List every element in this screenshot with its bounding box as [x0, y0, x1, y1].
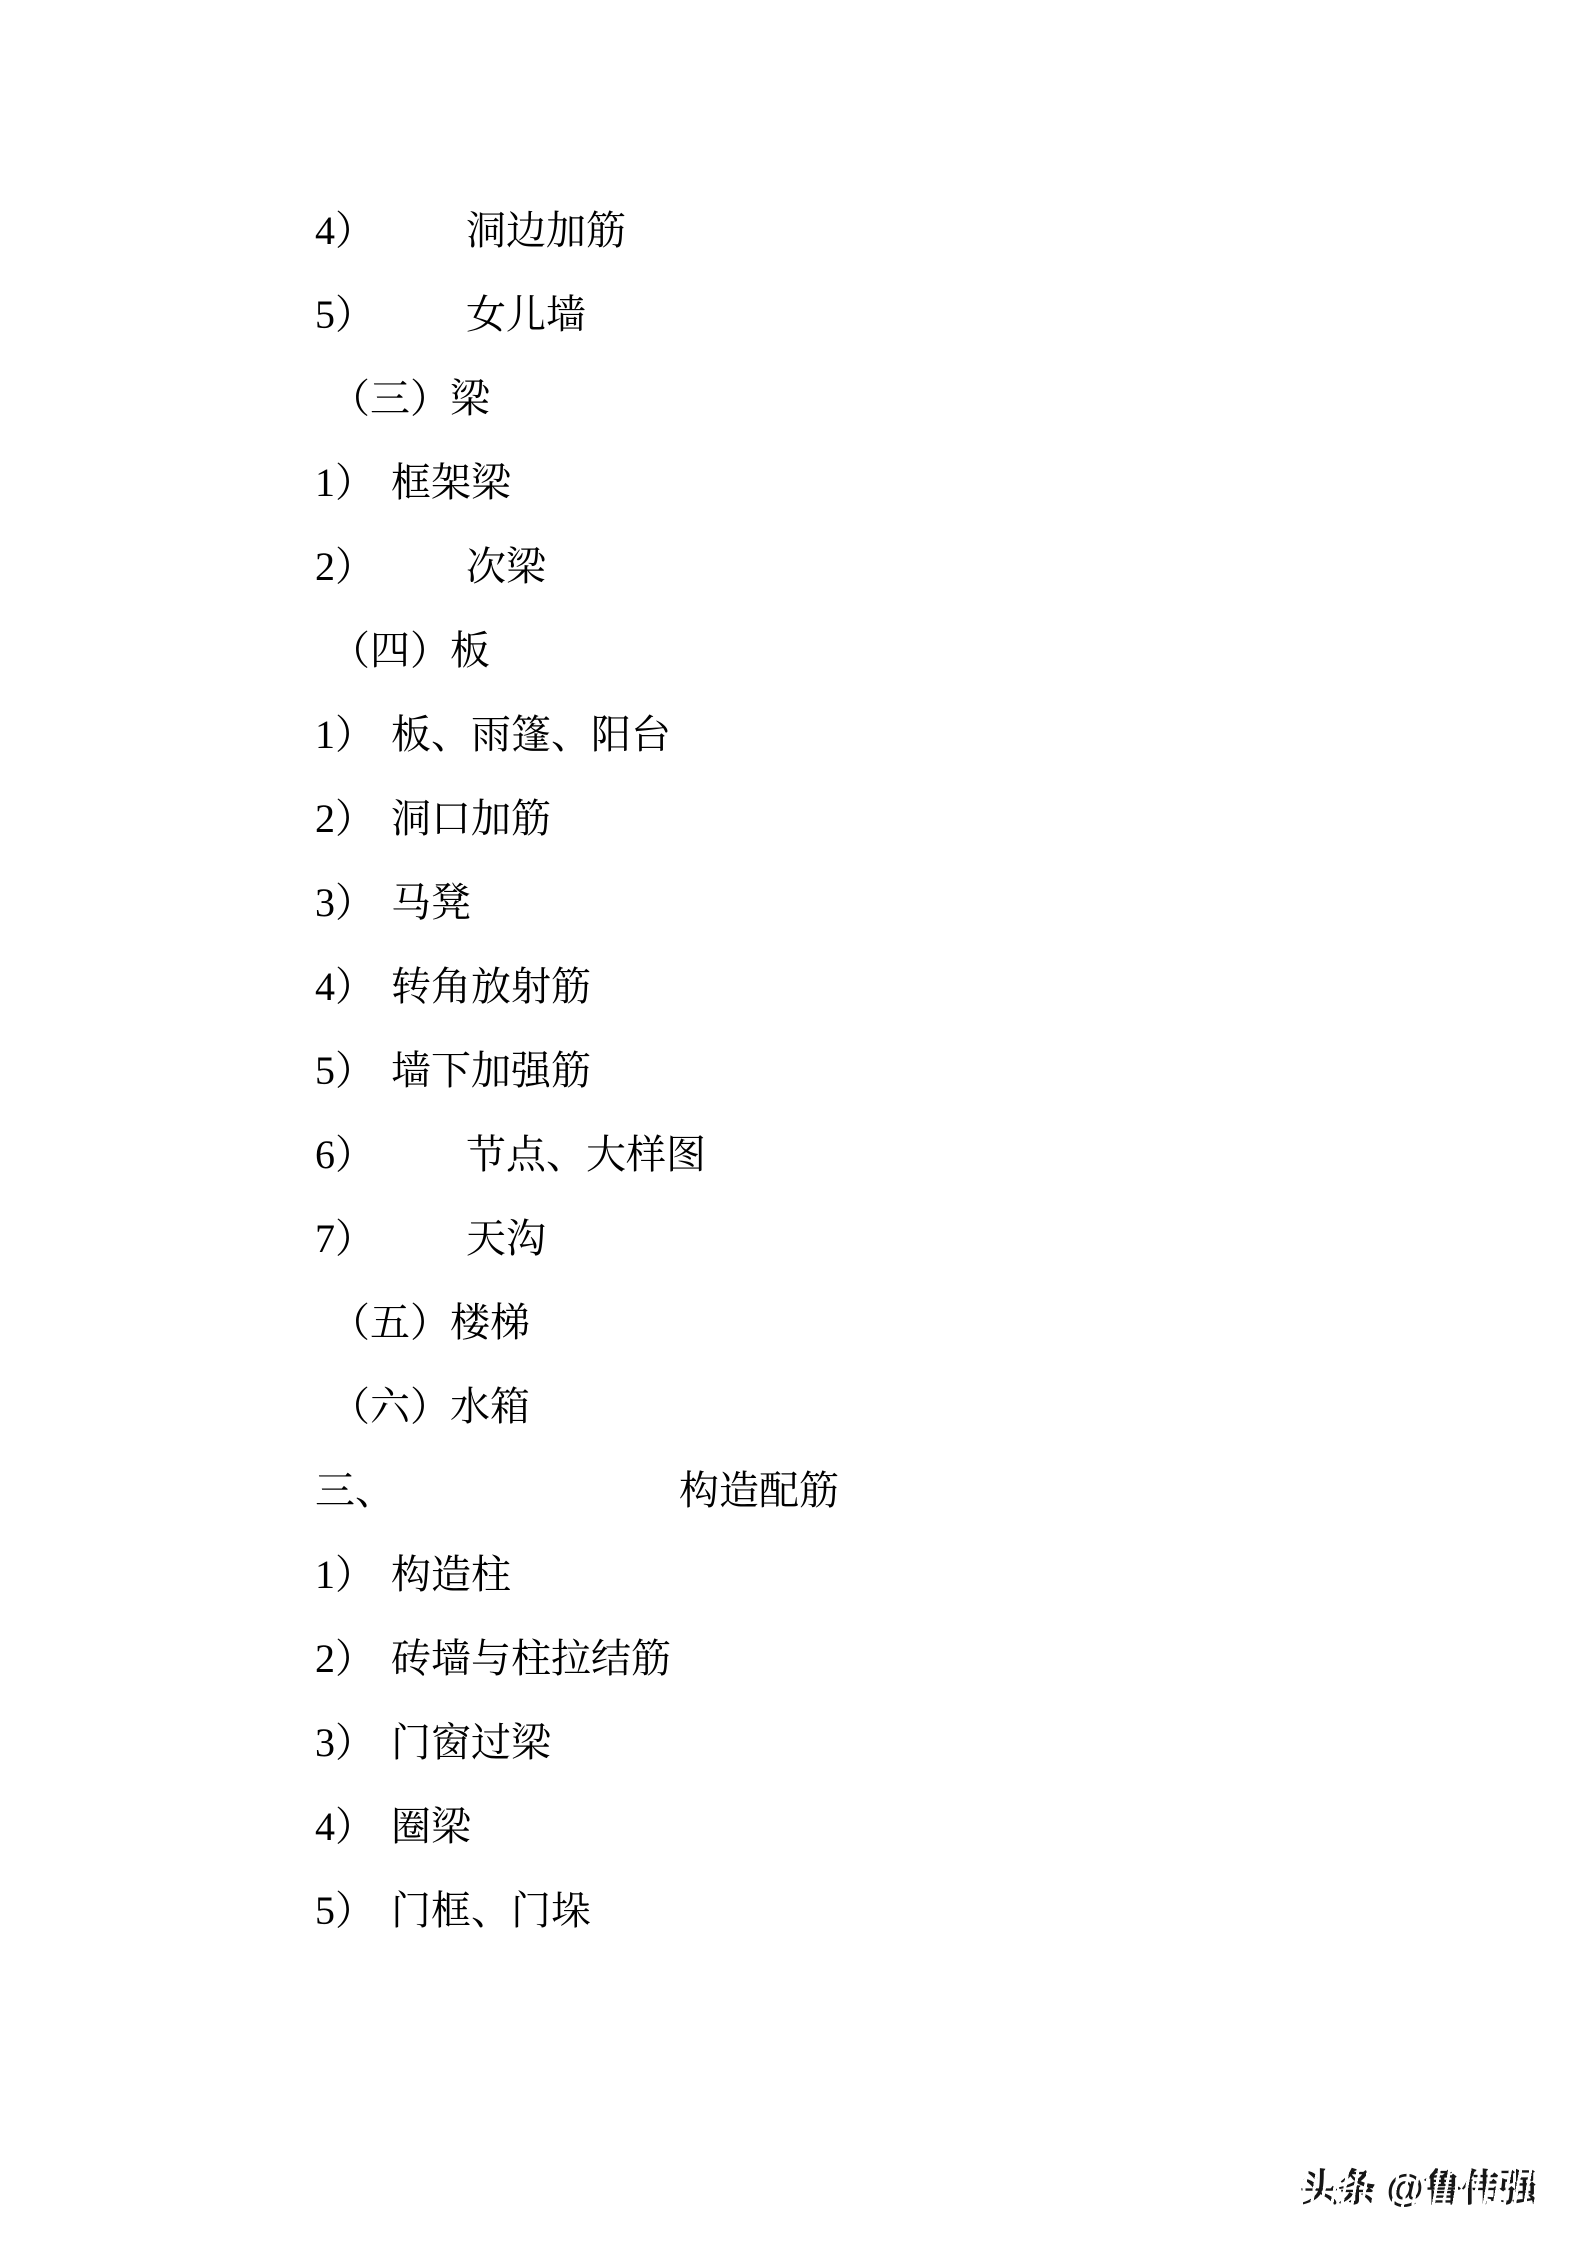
list-item: 1）构造柱 — [0, 1533, 1587, 1617]
watermark-text: 头条 @鲁伟强 — [1300, 2163, 1562, 2215]
list-item: 5）墙下加强筋 — [0, 1029, 1587, 1113]
section-heading: 三、构造配筋 — [0, 1449, 1587, 1533]
item-text: 墙下加强筋 — [391, 1048, 591, 1093]
list-item: 2）次梁 — [0, 525, 1587, 609]
item-text: 板、雨篷、阳台 — [391, 712, 671, 757]
heading-text: （六）水箱 — [330, 1384, 530, 1429]
list-item: 4）转角放射筋 — [0, 945, 1587, 1029]
item-number: 7） — [315, 1197, 466, 1281]
list-item: 7）天沟 — [0, 1197, 1587, 1281]
item-text: 门框、门垛 — [391, 1888, 591, 1933]
outline-list: 4）洞边加筋 5）女儿墙 （三）梁 1）框架梁 2）次梁 （四）板 1）板、雨篷… — [0, 189, 1587, 1953]
item-number: 5） — [315, 1029, 391, 1113]
item-text: 砖墙与柱拉结筋 — [391, 1636, 671, 1681]
document-page: 4）洞边加筋 5）女儿墙 （三）梁 1）框架梁 2）次梁 （四）板 1）板、雨篷… — [0, 0, 1587, 2245]
section-heading: （三）梁 — [0, 357, 1587, 441]
item-number: 2） — [315, 777, 391, 861]
list-item: 4）洞边加筋 — [0, 189, 1587, 273]
item-text: 天沟 — [466, 1216, 546, 1261]
item-text: 门窗过梁 — [391, 1720, 551, 1765]
item-text: 节点、大样图 — [466, 1132, 706, 1177]
item-number: 3） — [315, 861, 391, 945]
item-number: 1） — [315, 693, 391, 777]
item-number: 4） — [315, 189, 466, 273]
item-number: 6） — [315, 1113, 466, 1197]
item-text: 构造柱 — [391, 1552, 511, 1597]
item-number: 2） — [315, 1617, 391, 1701]
list-item: 5）女儿墙 — [0, 273, 1587, 357]
section-heading: （四）板 — [0, 609, 1587, 693]
item-number: 5） — [315, 1869, 391, 1953]
heading-text: （三）梁 — [330, 376, 490, 421]
section-heading: （六）水箱 — [0, 1365, 1587, 1449]
item-text: 女儿墙 — [466, 292, 586, 337]
item-number: 3） — [315, 1701, 391, 1785]
list-item: 5）门框、门垛 — [0, 1869, 1587, 1953]
list-item: 1）板、雨篷、阳台 — [0, 693, 1587, 777]
list-item: 3）马凳 — [0, 861, 1587, 945]
watermark: 头条 @鲁伟强 — [1300, 2163, 1562, 2215]
item-number: 三、 — [315, 1449, 679, 1533]
list-item: 1）框架梁 — [0, 441, 1587, 525]
item-text: 框架梁 — [391, 460, 511, 505]
heading-text: （四）板 — [330, 628, 490, 673]
item-number: 1） — [315, 441, 391, 525]
heading-text: 构造配筋 — [679, 1468, 839, 1513]
list-item: 2）洞口加筋 — [0, 777, 1587, 861]
list-item: 6）节点、大样图 — [0, 1113, 1587, 1197]
item-text: 马凳 — [391, 880, 471, 925]
item-text: 洞口加筋 — [391, 796, 551, 841]
item-number: 2） — [315, 525, 466, 609]
item-number: 4） — [315, 945, 391, 1029]
item-number: 1） — [315, 1533, 391, 1617]
item-text: 次梁 — [466, 544, 546, 589]
item-text: 洞边加筋 — [466, 208, 626, 253]
item-text: 圈梁 — [391, 1804, 471, 1849]
list-item: 4）圈梁 — [0, 1785, 1587, 1869]
item-number: 4） — [315, 1785, 391, 1869]
section-heading: （五）楼梯 — [0, 1281, 1587, 1365]
heading-text: （五）楼梯 — [330, 1300, 530, 1345]
item-text: 转角放射筋 — [391, 964, 591, 1009]
item-number: 5） — [315, 273, 466, 357]
list-item: 2）砖墙与柱拉结筋 — [0, 1617, 1587, 1701]
list-item: 3）门窗过梁 — [0, 1701, 1587, 1785]
